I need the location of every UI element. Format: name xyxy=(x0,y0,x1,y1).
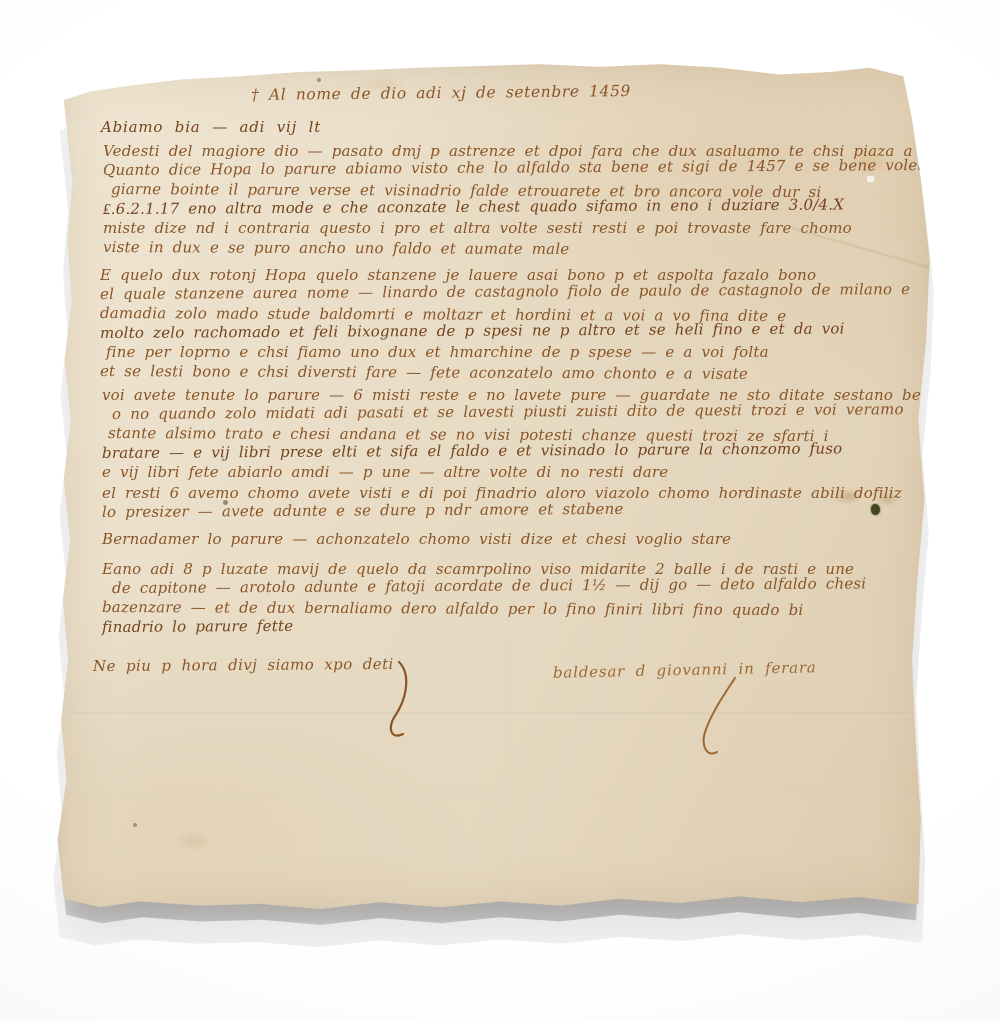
pen-flourish-icon xyxy=(377,660,417,744)
manuscript-paper: † Al nome de dio adi xj de setenbre 1459… xyxy=(55,60,935,915)
letter-line: Bernadamer lo parure — achonzatelo chomo… xyxy=(102,530,731,549)
letter-line: fine per loprno e chsi fiamo uno dux et … xyxy=(106,343,910,362)
closing-line: Ne piu p hora divj siamo xpo deti xyxy=(93,655,394,675)
paragraph-3: voi avete tenute lo parure — 6 misti res… xyxy=(102,386,940,482)
letter-line: o no quando zolo midati adi pasati et se… xyxy=(112,400,940,424)
letter-line: lo presizer — avete adunte e se dure p n… xyxy=(102,498,902,522)
letter-line: finadrio lo parure fette xyxy=(102,613,866,637)
letter-line: el quale stanzene aurea nome — linardo d… xyxy=(100,280,910,304)
signature-flourish-icon xyxy=(677,674,741,764)
letter-line: miste dize nd i contraria questo i pro e… xyxy=(103,219,946,238)
photo-background: † Al nome de dio adi xj de setenbre 1459… xyxy=(0,0,1000,1021)
letter-line: et se lesti bono e chsi diversti fare — … xyxy=(100,362,910,385)
letter-line: de capitone — arotolo adunte e fatoji ac… xyxy=(112,575,866,599)
paragraph-1: Vedesti del magiore dio — pasato dmj p a… xyxy=(103,142,946,257)
paragraph-6: Eano adi 8 p luzate mavij de quelo da sc… xyxy=(102,560,866,637)
header-date-line: † Al nome de dio adi xj de setenbre 1459 xyxy=(251,82,631,104)
handwritten-text: † Al nome de dio adi xj de setenbre 1459… xyxy=(55,60,935,915)
letter-line: Quanto dice Hopa lo parure abiamo visto … xyxy=(103,156,946,180)
letter-line: molto zelo rachomado et feli bixognane d… xyxy=(100,319,910,343)
letter-line: viste in dux e se puro ancho uno faldo e… xyxy=(103,238,946,261)
salutation-line: Abiamo bia — adi vij lt xyxy=(101,118,321,136)
paragraph-2: E quelo dux rotonj Hopa quelo stanzene j… xyxy=(100,266,910,381)
paragraph-5: Bernadamer lo parure — achonzatelo chomo… xyxy=(102,530,731,549)
letter-line: e vij libri fete abiarlo amdi — p une — … xyxy=(102,463,940,482)
paragraph-4: el resti 6 avemo chomo avete visti e di … xyxy=(102,484,902,522)
